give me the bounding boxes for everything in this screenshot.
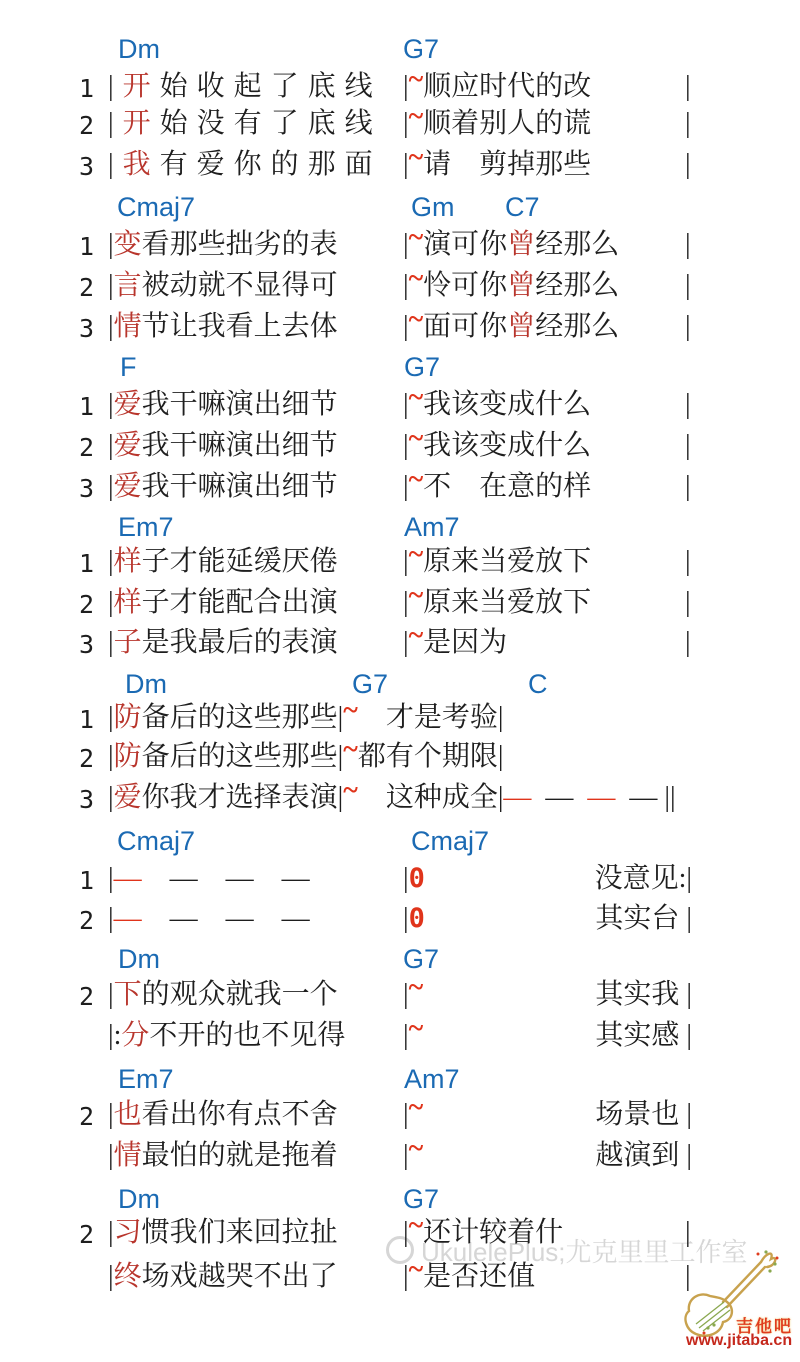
lyric-segment: |子是我最后的表演 xyxy=(108,626,338,660)
lyric-segment: | xyxy=(685,228,691,262)
tilde-mark: ~ xyxy=(409,382,424,413)
text-run: — xyxy=(629,782,657,813)
lyric-segment: |~ xyxy=(403,978,423,1012)
tilde-mark: ~ xyxy=(409,972,424,1003)
text-run: | xyxy=(403,627,409,658)
lyric-segment: |~ xyxy=(403,1139,423,1173)
lyric-segment: |开始没有了底线 xyxy=(108,107,382,141)
lyric-line: 1|变看那些拙劣的表|~演可你曾经那么| xyxy=(0,228,800,266)
text-run: 我该变成什么 xyxy=(423,389,591,420)
highlight-char: 开 xyxy=(123,108,160,139)
text-run: 原来当爱放下 xyxy=(423,587,591,618)
line-number: 2 xyxy=(70,109,94,143)
text-run: | xyxy=(403,389,409,420)
text-run: — xyxy=(545,782,573,813)
lyric-segment: |爱你我才选择表演|~ 这种成全|— — — — || xyxy=(108,781,676,815)
text-run: 场戏越哭不出了 xyxy=(142,1261,338,1292)
chord-label: Gm xyxy=(411,192,455,223)
tilde-mark: ~ xyxy=(409,1254,424,1285)
tilde-mark: ~ xyxy=(409,263,424,294)
lyric-segment-right: 场景也 | xyxy=(595,1098,692,1132)
site-logo: 吉他吧 www.jitaba.cn xyxy=(672,1240,798,1360)
lyric-segment: |— — — — xyxy=(108,902,310,936)
lyric-line: 2|言被动就不显得可|~怜可你曾经那么| xyxy=(0,269,800,307)
lyric-line: 1|防备后的这些那些|~ 才是考验| xyxy=(0,701,800,739)
line-number: 3 xyxy=(70,783,94,817)
tilde-mark: ~ xyxy=(409,464,424,495)
lyric-segment: |爱我干嘛演出细节 xyxy=(108,429,338,463)
lyric-segment-right: 其实台 | xyxy=(595,902,692,936)
lyric-segment: |也看出你有点不舍 xyxy=(108,1098,338,1132)
text-run: | xyxy=(685,587,691,618)
dash-mark: — xyxy=(503,782,531,813)
lyric-segment: |~我该变成什么 xyxy=(403,388,591,422)
lyric-segment-right: 其实我 | xyxy=(595,978,692,1012)
lyric-segment: |变看那些拙劣的表 xyxy=(108,228,338,262)
chord-label: C xyxy=(528,669,548,700)
lyric-segment: |爱我干嘛演出细节 xyxy=(108,388,338,422)
text-run xyxy=(573,782,587,813)
text-run: | xyxy=(403,311,409,342)
text-run: | xyxy=(403,71,409,102)
text-run: 没意见:| xyxy=(595,863,692,894)
text-run: | xyxy=(685,471,691,502)
lyric-line: 2|爱我干嘛演出细节|~我该变成什么| xyxy=(0,429,800,467)
text-run: | xyxy=(403,979,409,1010)
lyric-line: 1|爱我干嘛演出细节|~我该变成什么| xyxy=(0,388,800,426)
lyric-segment: | xyxy=(685,545,691,579)
text-run: 你我才选择表演 xyxy=(142,782,338,813)
lyric-segment: | xyxy=(685,388,691,422)
text-run: 看出你有点不舍 xyxy=(142,1099,338,1130)
lyric-segment: |~面可你曾经那么 xyxy=(403,310,619,344)
text-run: | xyxy=(685,270,691,301)
tilde-mark: ~ xyxy=(409,222,424,253)
highlight-char: 防 xyxy=(114,702,142,733)
highlight-char: 样 xyxy=(114,546,142,577)
line-number: 2 xyxy=(70,1100,94,1134)
highlight-char: 曾 xyxy=(507,311,535,342)
lyric-segment: |:分不开的也不见得 xyxy=(108,1019,345,1053)
line-number: 2 xyxy=(70,742,94,776)
highlight-char: 情 xyxy=(114,311,142,342)
text-run: | xyxy=(403,108,409,139)
text-run: | xyxy=(403,1217,409,1248)
highlight-char: 曾 xyxy=(507,229,535,260)
text-run: | xyxy=(403,229,409,260)
lyric-segment-right: 其实感 | xyxy=(595,1019,692,1053)
tilde-mark: ~ xyxy=(343,695,358,726)
chord-label: G7 xyxy=(404,352,440,383)
tilde-mark: ~ xyxy=(409,423,424,454)
lyric-segment: |~不 在意的样 xyxy=(403,470,591,504)
text-run: 备后的这些那些 xyxy=(142,702,338,733)
text-run: | xyxy=(403,1140,409,1171)
lyric-segment: |~顺应时代的改 xyxy=(403,70,591,104)
highlight-char: 开 xyxy=(123,71,160,102)
text-run: | xyxy=(685,389,691,420)
lyric-line: 3|爱我干嘛演出细节|~不 在意的样| xyxy=(0,470,800,508)
text-run: 才是考验| xyxy=(358,702,504,733)
lyric-segment: |0 xyxy=(403,862,425,896)
lyric-segment: |~我该变成什么 xyxy=(403,429,591,463)
tilde-mark: ~ xyxy=(409,1133,424,1164)
line-number: 1 xyxy=(70,72,94,106)
text-run: | xyxy=(403,270,409,301)
text-run: 我干嘛演出细节 xyxy=(142,471,338,502)
text-run: 备后的这些那些 xyxy=(142,741,338,772)
text-run: | xyxy=(108,149,123,180)
lyric-line: 1|样子才能延缓厌倦|~原来当爱放下| xyxy=(0,545,800,583)
text-run: 的观众就我一个 xyxy=(142,979,338,1010)
tilde-mark: ~ xyxy=(409,64,424,95)
lyric-segment: |0 xyxy=(403,902,425,936)
line-number: 1 xyxy=(70,230,94,264)
text-run: 惯我们来回拉扯 xyxy=(142,1217,338,1248)
text-run: | xyxy=(403,430,409,461)
lyric-line: 2|防备后的这些那些|~都有个期限| xyxy=(0,740,800,778)
highlight-char: 爱 xyxy=(114,782,142,813)
lyric-segment: |~请 剪掉那些 xyxy=(403,148,591,182)
text-run: 怜可你 xyxy=(423,270,507,301)
dash-mark: — xyxy=(114,903,142,934)
chord-label: Dm xyxy=(118,34,160,65)
text-run: 被动就不显得可 xyxy=(142,270,338,301)
lyric-segment: |~怜可你曾经那么 xyxy=(403,269,619,303)
line-number: 2 xyxy=(70,1218,94,1252)
lyric-segment: |下的观众就我一个 xyxy=(108,978,338,1012)
lyric-segment: | xyxy=(685,626,691,660)
logo-url: www.jitaba.cn xyxy=(686,1332,792,1350)
text-run: 其实感 | xyxy=(595,1020,692,1051)
dash-mark: — xyxy=(114,863,142,894)
highlight-char: 子 xyxy=(114,627,142,658)
chord-label: Cmaj7 xyxy=(117,192,195,223)
lyric-segment: |情最怕的就是拖着 xyxy=(108,1139,338,1173)
line-number: 2 xyxy=(70,588,94,622)
highlight-char: 曾 xyxy=(507,270,535,301)
lyric-segment: |样子才能配合出演 xyxy=(108,586,338,620)
line-number: 2 xyxy=(70,431,94,465)
text-run: 原来当爱放下 xyxy=(423,546,591,577)
lyric-segment: |— — — — xyxy=(108,862,310,896)
lyric-segment: |~是因为 xyxy=(403,626,507,660)
text-run: 面可你 xyxy=(423,311,507,342)
lyric-segment: |~顺着别人的谎 xyxy=(403,107,591,141)
line-number: 1 xyxy=(70,547,94,581)
lyric-segment: |~原来当爱放下 xyxy=(403,545,591,579)
chord-label: Cmaj7 xyxy=(411,826,489,857)
lyric-line: |情最怕的就是拖着|~越演到 | xyxy=(0,1139,800,1177)
lyric-segment: |~是否还值 xyxy=(403,1260,535,1294)
tilde-mark: ~ xyxy=(409,304,424,335)
lyric-segment: |样子才能延缓厌倦 xyxy=(108,545,338,579)
lyric-line: 3|我有爱你的那面|~请 剪掉那些| xyxy=(0,148,800,186)
highlight-char: 我 xyxy=(123,149,160,180)
lyric-segment: |~原来当爱放下 xyxy=(403,586,591,620)
text-run: 是否还值 xyxy=(423,1261,535,1292)
lyric-segment: |防备后的这些那些|~ 才是考验| xyxy=(108,701,503,735)
zero-mark: 0 xyxy=(409,863,425,894)
text-run xyxy=(615,782,629,813)
lyric-line: 2|下的观众就我一个|~其实我 | xyxy=(0,978,800,1016)
line-number: 2 xyxy=(70,271,94,305)
highlight-char: 终 xyxy=(114,1261,142,1292)
text-run: 子才能配合出演 xyxy=(142,587,338,618)
text-run: 始收起了底线 xyxy=(160,71,382,102)
lyric-line: 3|情节让我看上去体|~面可你曾经那么| xyxy=(0,310,800,348)
lyric-segment: |~演可你曾经那么 xyxy=(403,228,619,262)
tilde-mark: ~ xyxy=(409,620,424,651)
lyric-segment: |情节让我看上去体 xyxy=(108,310,338,344)
text-run: 节让我看上去体 xyxy=(142,311,338,342)
zero-mark: 0 xyxy=(409,903,425,934)
tilde-mark: ~ xyxy=(409,1092,424,1123)
line-number: 1 xyxy=(70,703,94,737)
lyric-segment: | xyxy=(685,269,691,303)
tilde-mark: ~ xyxy=(409,1013,424,1044)
tilde-mark: ~ xyxy=(409,101,424,132)
chord-label: F xyxy=(120,352,137,383)
text-run: 经那么 xyxy=(535,229,619,260)
lyric-segment: | xyxy=(685,429,691,463)
text-run: 是我最后的表演 xyxy=(142,627,338,658)
text-run: — — — xyxy=(142,903,310,934)
lyric-segment: | xyxy=(685,148,691,182)
text-run: | xyxy=(685,627,691,658)
text-run: 都有个期限| xyxy=(358,741,504,772)
chord-label: Dm xyxy=(118,1184,160,1215)
text-run: | xyxy=(403,149,409,180)
tilde-mark: ~ xyxy=(343,734,358,765)
lyric-segment: | xyxy=(685,70,691,104)
text-run: | xyxy=(685,71,691,102)
lyric-segment: |防备后的这些那些|~都有个期限| xyxy=(108,740,503,774)
text-run: || xyxy=(657,782,675,813)
lyric-segment-right: 越演到 | xyxy=(595,1139,692,1173)
highlight-char: 变 xyxy=(114,229,142,260)
text-run: 这种成全| xyxy=(358,782,504,813)
chord-label: C7 xyxy=(505,192,540,223)
text-run: 顺应时代的改 xyxy=(423,71,591,102)
highlight-char: 爱 xyxy=(114,471,142,502)
lyric-segment: |~ xyxy=(403,1019,423,1053)
lyric-segment: |言被动就不显得可 xyxy=(108,269,338,303)
text-run: | xyxy=(685,229,691,260)
line-number: 1 xyxy=(70,864,94,898)
line-number: 3 xyxy=(70,472,94,506)
lyric-segment: |开始收起了底线 xyxy=(108,70,382,104)
lyric-line: 1|— — — —|0没意见:| xyxy=(0,862,800,900)
text-run: | xyxy=(685,546,691,577)
text-run: 还计较着什 xyxy=(423,1217,563,1248)
highlight-char: 情 xyxy=(114,1140,142,1171)
text-run: — — — xyxy=(142,863,310,894)
text-run: | xyxy=(685,430,691,461)
text-run: 我干嘛演出细节 xyxy=(142,430,338,461)
highlight-char: 防 xyxy=(114,741,142,772)
chord-label: Em7 xyxy=(118,512,174,543)
text-run: | xyxy=(685,311,691,342)
text-run: 看那些拙劣的表 xyxy=(142,229,338,260)
lyric-line: 3|爱你我才选择表演|~ 这种成全|— — — — || xyxy=(0,781,800,819)
line-number: 2 xyxy=(70,980,94,1014)
chord-label: Dm xyxy=(125,669,167,700)
text-run: | xyxy=(108,108,123,139)
text-run: | xyxy=(403,1020,409,1051)
dash-mark: — xyxy=(587,782,615,813)
tilde-mark: ~ xyxy=(409,539,424,570)
text-run: 我该变成什么 xyxy=(423,430,591,461)
chord-sheet-page: UkulelePlus;尤克里里工作室 DmG71|开始收起了底线|~顺应时代的… xyxy=(0,0,800,1362)
text-run: 最怕的就是拖着 xyxy=(142,1140,338,1171)
text-run: 其实台 | xyxy=(595,903,692,934)
chord-label: Dm xyxy=(118,944,160,975)
text-run: 有爱你的那面 xyxy=(160,149,382,180)
text-run: | xyxy=(403,546,409,577)
text-run: 我干嘛演出细节 xyxy=(142,389,338,420)
line-number: 3 xyxy=(70,628,94,662)
lyric-segment: | xyxy=(685,310,691,344)
text-run: | xyxy=(108,71,123,102)
chord-label: Am7 xyxy=(404,1064,460,1095)
text-run: 子才能延缓厌倦 xyxy=(142,546,338,577)
text-run: 请 剪掉那些 xyxy=(423,149,591,180)
text-run: 不 在意的样 xyxy=(423,471,591,502)
highlight-char: 爱 xyxy=(114,389,142,420)
lyric-line: 1|开始收起了底线|~顺应时代的改| xyxy=(0,70,800,108)
lyric-segment-right: 没意见:| xyxy=(595,862,692,896)
text-run: | xyxy=(403,587,409,618)
highlight-char: 下 xyxy=(114,979,142,1010)
lyric-line: 2|开始没有了底线|~顺着别人的谎| xyxy=(0,107,800,145)
text-run: 经那么 xyxy=(535,270,619,301)
lyric-segment: |习惯我们来回拉扯 xyxy=(108,1216,338,1250)
text-run: 越演到 | xyxy=(595,1140,692,1171)
text-run: 其实我 | xyxy=(595,979,692,1010)
text-run: |: xyxy=(108,1020,121,1051)
lyric-line: 2|样子才能配合出演|~原来当爱放下| xyxy=(0,586,800,624)
lyric-line: 3|子是我最后的表演|~是因为| xyxy=(0,626,800,664)
lyric-segment: | xyxy=(685,470,691,504)
highlight-char: 习 xyxy=(114,1217,142,1248)
lyric-segment: |我有爱你的那面 xyxy=(108,148,382,182)
lyric-segment: | xyxy=(685,586,691,620)
lyric-segment: | xyxy=(685,107,691,141)
line-number: 3 xyxy=(70,312,94,346)
text-run: 演可你 xyxy=(423,229,507,260)
text-run: 场景也 | xyxy=(595,1099,692,1130)
text-run: | xyxy=(403,1099,409,1130)
highlight-char: 爱 xyxy=(114,430,142,461)
highlight-char: 也 xyxy=(114,1099,142,1130)
tilde-mark: ~ xyxy=(409,580,424,611)
text-run: | xyxy=(685,108,691,139)
chord-label: Em7 xyxy=(118,1064,174,1095)
tilde-mark: ~ xyxy=(409,1210,424,1241)
line-number: 1 xyxy=(70,390,94,424)
lyric-segment: |终场戏越哭不出了 xyxy=(108,1260,338,1294)
tilde-mark: ~ xyxy=(409,142,424,173)
text-run xyxy=(531,782,545,813)
text-run: | xyxy=(685,149,691,180)
lyric-segment: |爱我干嘛演出细节 xyxy=(108,470,338,504)
chord-label: Cmaj7 xyxy=(117,826,195,857)
chord-label: G7 xyxy=(403,34,439,65)
line-number: 3 xyxy=(70,150,94,184)
tilde-mark: ~ xyxy=(343,775,358,806)
text-run: 不开的也不见得 xyxy=(149,1020,345,1051)
text-run: | xyxy=(403,1261,409,1292)
text-run: 始没有了底线 xyxy=(160,108,382,139)
text-run: | xyxy=(403,471,409,502)
lyric-segment: |~还计较着什 xyxy=(403,1216,563,1250)
text-run: 顺着别人的谎 xyxy=(423,108,591,139)
lyric-line: |:分不开的也不见得|~其实感 | xyxy=(0,1019,800,1057)
lyric-segment: |~ xyxy=(403,1098,423,1132)
text-run: 经那么 xyxy=(535,311,619,342)
text-run: 是因为 xyxy=(423,627,507,658)
highlight-char: 样 xyxy=(114,587,142,618)
chord-label: G7 xyxy=(403,944,439,975)
highlight-char: 言 xyxy=(114,270,142,301)
lyric-line: 2|— — — —|0其实台 | xyxy=(0,902,800,940)
line-number: 2 xyxy=(70,904,94,938)
lyric-line: 2|也看出你有点不舍|~场景也 | xyxy=(0,1098,800,1136)
highlight-char: 分 xyxy=(121,1020,149,1051)
